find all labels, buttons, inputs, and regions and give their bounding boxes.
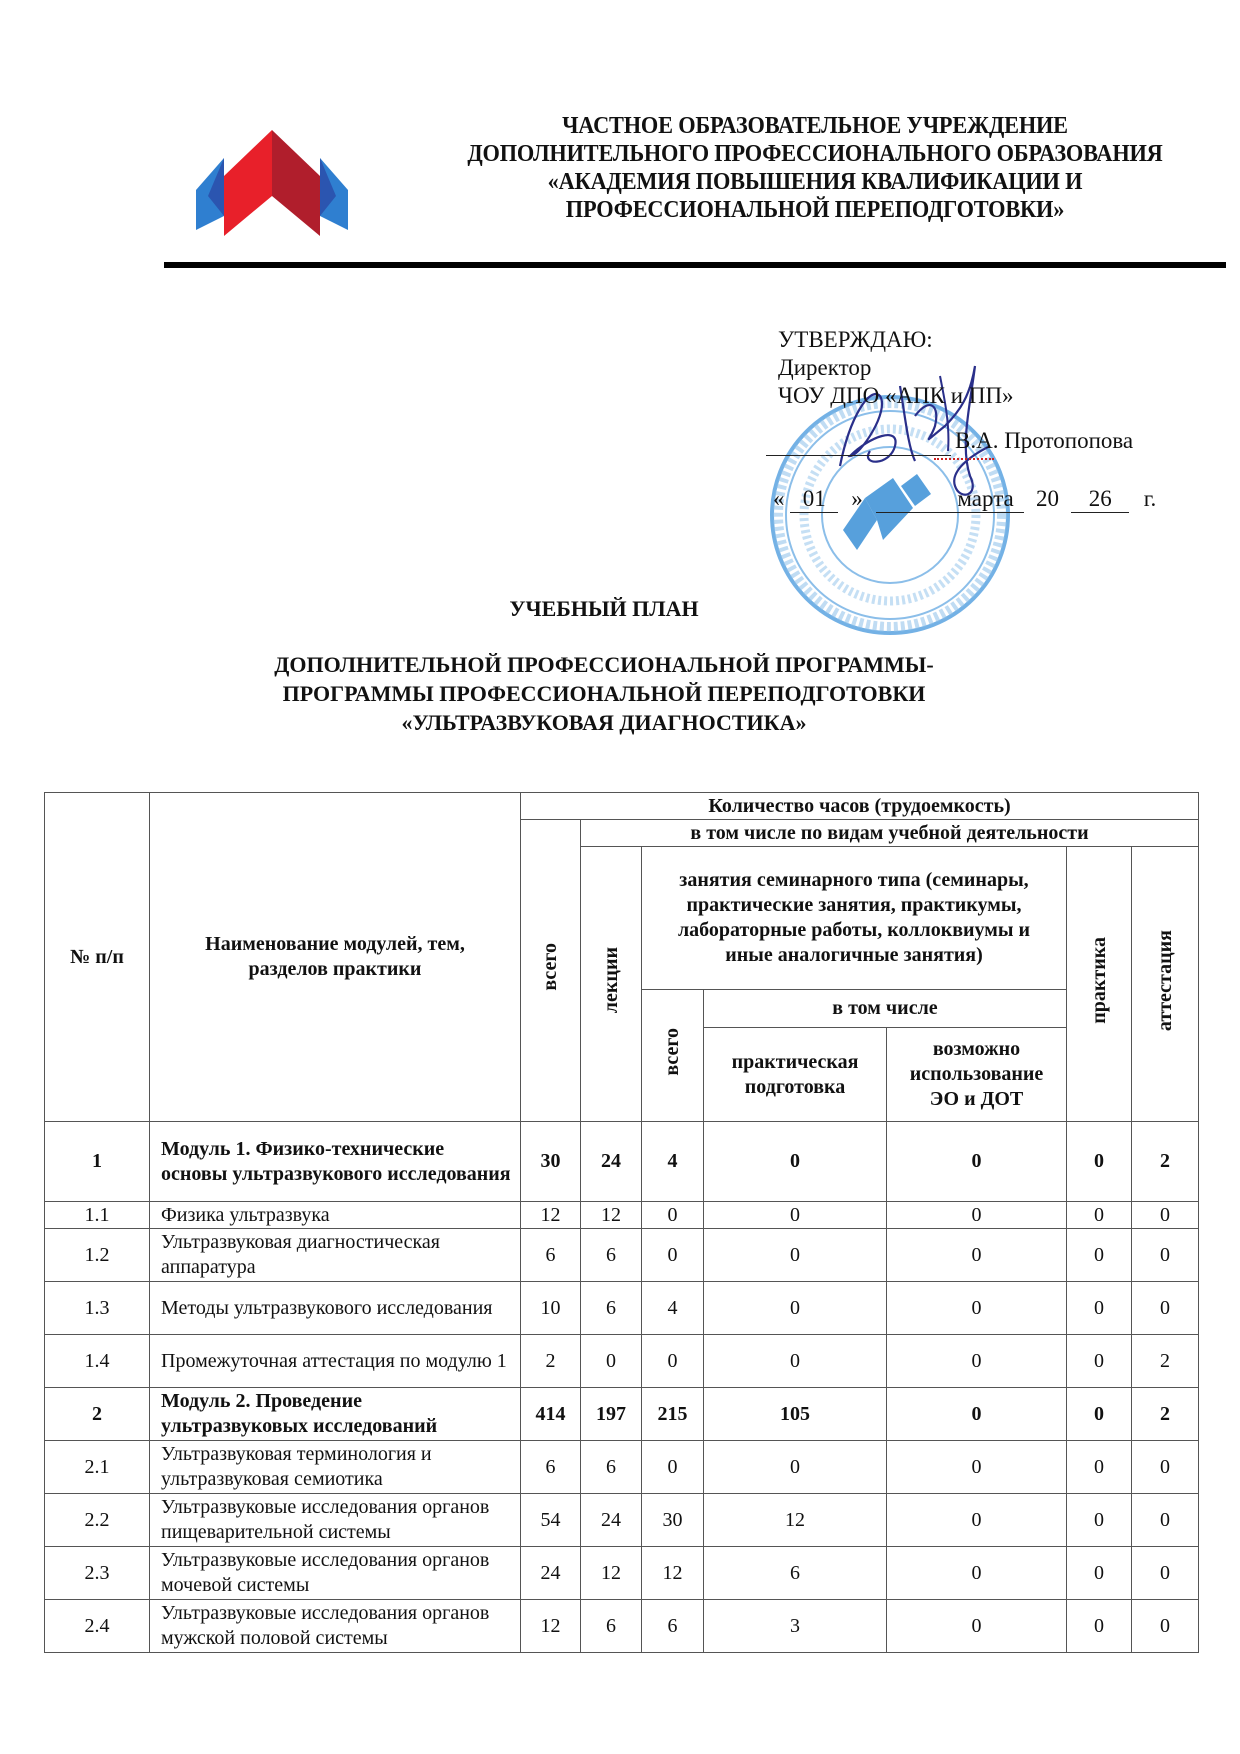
cell-practical: 0 bbox=[704, 1229, 887, 1282]
cell-practice: 0 bbox=[1067, 1122, 1132, 1202]
cell-attestation: 2 bbox=[1132, 1388, 1199, 1441]
org-line-4: ПРОФЕССИОНАЛЬНОЙ ПЕРЕПОДГОТОВКИ» bbox=[429, 196, 1201, 224]
cell-eo-dot: 0 bbox=[887, 1335, 1067, 1388]
approval-heading: УТВЕРЖДАЮ: bbox=[778, 326, 1014, 354]
header-practical-training: практическая подготовка bbox=[704, 1028, 887, 1122]
table-row: 2.1Ультразвуковая терминология и ультраз… bbox=[45, 1441, 1199, 1494]
cell-lectures: 12 bbox=[581, 1202, 642, 1229]
table-row: 2.3Ультразвуковые исследования органов м… bbox=[45, 1547, 1199, 1600]
cell-lectures: 6 bbox=[581, 1282, 642, 1335]
cell-eo-dot: 0 bbox=[887, 1600, 1067, 1653]
cell-practical: 3 bbox=[704, 1600, 887, 1653]
cell-name: Ультразвуковые исследования органов мужс… bbox=[150, 1600, 521, 1653]
cell-sem-total: 12 bbox=[642, 1547, 704, 1600]
header-seminar-total: всего bbox=[642, 990, 704, 1122]
cell-practical: 0 bbox=[704, 1202, 887, 1229]
header-practice: практика bbox=[1067, 847, 1132, 1122]
cell-practice: 0 bbox=[1067, 1600, 1132, 1653]
cell-num: 1.3 bbox=[45, 1282, 150, 1335]
cell-total: 6 bbox=[521, 1441, 581, 1494]
spellcheck-underline bbox=[934, 458, 994, 460]
cell-total: 12 bbox=[521, 1600, 581, 1653]
cell-num: 2.3 bbox=[45, 1547, 150, 1600]
cell-eo-dot: 0 bbox=[887, 1494, 1067, 1547]
cell-practice: 0 bbox=[1067, 1441, 1132, 1494]
org-line-3: «АКАДЕМИЯ ПОВЫШЕНИЯ КВАЛИФИКАЦИИ И bbox=[429, 168, 1201, 196]
cell-attestation: 0 bbox=[1132, 1229, 1199, 1282]
org-line-1: ЧАСТНОЕ ОБРАЗОВАТЕЛЬНОЕ УЧРЕЖДЕНИЕ bbox=[429, 112, 1201, 140]
approval-organization: ЧОУ ДПО «АПК и ПП» bbox=[778, 382, 1014, 410]
org-line-2: ДОПОЛНИТЕЛЬНОГО ПРОФЕССИОНАЛЬНОГО ОБРАЗО… bbox=[429, 140, 1201, 168]
header-name: Наименование модулей, тем, разделов прак… bbox=[150, 793, 521, 1122]
cell-practical: 0 bbox=[704, 1282, 887, 1335]
cell-practical: 0 bbox=[704, 1441, 887, 1494]
cell-lectures: 0 bbox=[581, 1335, 642, 1388]
table-row: 1.1Физика ультразвука121200000 bbox=[45, 1202, 1199, 1229]
cell-practice: 0 bbox=[1067, 1388, 1132, 1441]
cell-total: 10 bbox=[521, 1282, 581, 1335]
cell-practice: 0 bbox=[1067, 1282, 1132, 1335]
cell-sem-total: 6 bbox=[642, 1600, 704, 1653]
cell-total: 24 bbox=[521, 1547, 581, 1600]
cell-name: Ультразвуковая терминология и ультразвук… bbox=[150, 1441, 521, 1494]
cell-num: 2.2 bbox=[45, 1494, 150, 1547]
cell-lectures: 6 bbox=[581, 1441, 642, 1494]
date-suffix: г. bbox=[1135, 486, 1165, 512]
table-row: 1.2Ультразвуковая диагностическая аппара… bbox=[45, 1229, 1199, 1282]
header-total-label: всего bbox=[538, 943, 563, 991]
signer-name: В.А. Протопопова bbox=[955, 428, 1133, 454]
cell-attestation: 0 bbox=[1132, 1202, 1199, 1229]
table-row: 2.2Ультразвуковые исследования органов п… bbox=[45, 1494, 1199, 1547]
academy-logo-icon bbox=[196, 130, 348, 236]
cell-eo-dot: 0 bbox=[887, 1202, 1067, 1229]
cell-num: 2.1 bbox=[45, 1441, 150, 1494]
table-body: 1Модуль 1. Физико-технические основы уль… bbox=[45, 1122, 1199, 1653]
header-divider bbox=[164, 262, 1226, 268]
header-hours: Количество часов (трудоемкость) bbox=[521, 793, 1199, 820]
table-row: 1.3Методы ультразвукового исследования10… bbox=[45, 1282, 1199, 1335]
program-title-line-2: ПРОГРАММЫ ПРОФЕССИОНАЛЬНОЙ ПЕРЕПОДГОТОВК… bbox=[0, 679, 1208, 708]
cell-attestation: 2 bbox=[1132, 1122, 1199, 1202]
cell-practice: 0 bbox=[1067, 1494, 1132, 1547]
date-month: марта bbox=[876, 486, 1024, 513]
date-century: 20 bbox=[1030, 486, 1066, 512]
cell-practical: 0 bbox=[704, 1335, 887, 1388]
cell-name: Модуль 2. Проведение ультразвуковых иссл… bbox=[150, 1388, 521, 1441]
cell-sem-total: 215 bbox=[642, 1388, 704, 1441]
cell-attestation: 0 bbox=[1132, 1547, 1199, 1600]
cell-name: Модуль 1. Физико-технические основы ульт… bbox=[150, 1122, 521, 1202]
organization-name: ЧАСТНОЕ ОБРАЗОВАТЕЛЬНОЕ УЧРЕЖДЕНИЕ ДОПОЛ… bbox=[429, 112, 1201, 224]
cell-num: 1.1 bbox=[45, 1202, 150, 1229]
cell-name: Ультразвуковые исследования органов моче… bbox=[150, 1547, 521, 1600]
cell-eo-dot: 0 bbox=[887, 1547, 1067, 1600]
cell-eo-dot: 0 bbox=[887, 1441, 1067, 1494]
cell-num: 2.4 bbox=[45, 1600, 150, 1653]
table-row: 2Модуль 2. Проведение ультразвуковых исс… bbox=[45, 1388, 1199, 1441]
cell-num: 2 bbox=[45, 1388, 150, 1441]
date-open-quote: « bbox=[773, 486, 785, 512]
cell-lectures: 6 bbox=[581, 1229, 642, 1282]
date-year: 26 bbox=[1071, 486, 1129, 513]
cell-name: Ультразвуковые исследования органов пище… bbox=[150, 1494, 521, 1547]
cell-sem-total: 0 bbox=[642, 1441, 704, 1494]
cell-lectures: 197 bbox=[581, 1388, 642, 1441]
cell-total: 414 bbox=[521, 1388, 581, 1441]
program-title-line-3: «УЛЬТРАЗВУКОВАЯ ДИАГНОСТИКА» bbox=[0, 708, 1208, 737]
cell-eo-dot: 0 bbox=[887, 1229, 1067, 1282]
cell-name: Физика ультразвука bbox=[150, 1202, 521, 1229]
table-row: 1Модуль 1. Физико-технические основы уль… bbox=[45, 1122, 1199, 1202]
cell-num: 1 bbox=[45, 1122, 150, 1202]
cell-lectures: 24 bbox=[581, 1122, 642, 1202]
cell-attestation: 0 bbox=[1132, 1441, 1199, 1494]
cell-practical: 0 bbox=[704, 1122, 887, 1202]
cell-sem-total: 4 bbox=[642, 1122, 704, 1202]
cell-total: 30 bbox=[521, 1122, 581, 1202]
cell-eo-dot: 0 bbox=[887, 1122, 1067, 1202]
cell-total: 2 bbox=[521, 1335, 581, 1388]
cell-sem-total: 0 bbox=[642, 1229, 704, 1282]
date-close-quote: » bbox=[844, 486, 870, 512]
header-lectures: лекции bbox=[581, 847, 642, 1122]
approval-date: « 01 » марта 20 26 г. bbox=[773, 486, 1165, 513]
header-including: в том числе bbox=[704, 990, 1067, 1028]
program-title: ДОПОЛНИТЕЛЬНОЙ ПРОФЕССИОНАЛЬНОЙ ПРОГРАММ… bbox=[0, 650, 1208, 737]
cell-lectures: 12 bbox=[581, 1547, 642, 1600]
approval-position: Директор bbox=[778, 354, 1014, 382]
cell-name: Ультразвуковая диагностическая аппаратур… bbox=[150, 1229, 521, 1282]
cell-eo-dot: 0 bbox=[887, 1388, 1067, 1441]
cell-total: 54 bbox=[521, 1494, 581, 1547]
curriculum-table: № п/п Наименование модулей, тем, раздело… bbox=[44, 792, 1199, 1653]
cell-practical: 12 bbox=[704, 1494, 887, 1547]
header-seminar-total-label: всего bbox=[660, 1028, 685, 1076]
cell-eo-dot: 0 bbox=[887, 1282, 1067, 1335]
cell-attestation: 0 bbox=[1132, 1600, 1199, 1653]
cell-practice: 0 bbox=[1067, 1229, 1132, 1282]
cell-sem-total: 4 bbox=[642, 1282, 704, 1335]
cell-num: 1.2 bbox=[45, 1229, 150, 1282]
table-row: 1.4Промежуточная аттестация по модулю 12… bbox=[45, 1335, 1199, 1388]
cell-attestation: 2 bbox=[1132, 1335, 1199, 1388]
header-by-type: в том числе по видам учебной деятельност… bbox=[581, 820, 1199, 847]
header-lectures-label: лекции bbox=[599, 947, 624, 1013]
signature-line bbox=[766, 455, 951, 456]
header-attestation: аттестация bbox=[1132, 847, 1199, 1122]
cell-total: 6 bbox=[521, 1229, 581, 1282]
cell-practical: 105 bbox=[704, 1388, 887, 1441]
cell-lectures: 24 bbox=[581, 1494, 642, 1547]
cell-lectures: 6 bbox=[581, 1600, 642, 1653]
header-eo-dot: возможно использование ЭО и ДОТ bbox=[887, 1028, 1067, 1122]
cell-practice: 0 bbox=[1067, 1547, 1132, 1600]
table-row: 2.4Ультразвуковые исследования органов м… bbox=[45, 1600, 1199, 1653]
approval-block: УТВЕРЖДАЮ: Директор ЧОУ ДПО «АПК и ПП» bbox=[778, 326, 1014, 410]
program-title-line-1: ДОПОЛНИТЕЛЬНОЙ ПРОФЕССИОНАЛЬНОЙ ПРОГРАММ… bbox=[0, 650, 1208, 679]
header-seminar: занятия семинарного типа (семинары, прак… bbox=[642, 847, 1067, 990]
cell-sem-total: 30 bbox=[642, 1494, 704, 1547]
header-practice-label: практика bbox=[1087, 937, 1112, 1024]
cell-practice: 0 bbox=[1067, 1335, 1132, 1388]
cell-practical: 6 bbox=[704, 1547, 887, 1600]
cell-practice: 0 bbox=[1067, 1202, 1132, 1229]
document-title: УЧЕБНЫЙ ПЛАН bbox=[0, 596, 1208, 622]
cell-sem-total: 0 bbox=[642, 1335, 704, 1388]
cell-attestation: 0 bbox=[1132, 1282, 1199, 1335]
header-num: № п/п bbox=[45, 793, 150, 1122]
date-day: 01 bbox=[790, 486, 838, 513]
cell-sem-total: 0 bbox=[642, 1202, 704, 1229]
header-attestation-label: аттестация bbox=[1153, 930, 1178, 1031]
cell-total: 12 bbox=[521, 1202, 581, 1229]
header-total: всего bbox=[521, 820, 581, 1122]
cell-name: Промежуточная аттестация по модулю 1 bbox=[150, 1335, 521, 1388]
cell-num: 1.4 bbox=[45, 1335, 150, 1388]
cell-name: Методы ультразвукового исследования bbox=[150, 1282, 521, 1335]
cell-attestation: 0 bbox=[1132, 1494, 1199, 1547]
